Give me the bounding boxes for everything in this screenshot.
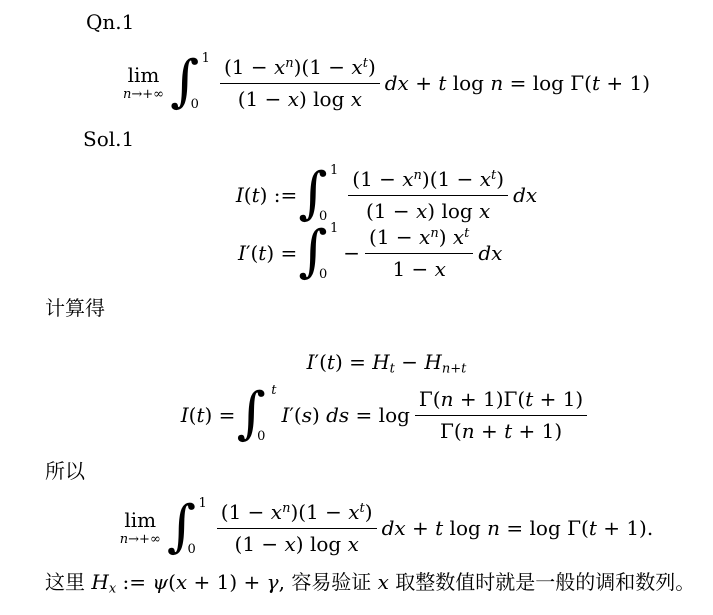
integral: ∫10: [298, 166, 340, 224]
denominator: (1 − x) log x: [220, 84, 380, 112]
math-term: :=: [116, 570, 152, 594]
math-term: t: [504, 419, 512, 443]
math-term: ′(: [289, 403, 301, 427]
superscript-n: n: [285, 55, 293, 70]
math-term: ds: [326, 403, 349, 427]
integral: ∫10: [170, 54, 212, 112]
math-term: x: [416, 199, 427, 223]
integral-upper-bound: 1: [330, 222, 338, 235]
equation-middle: I′(s) ds = log: [281, 403, 409, 428]
math-term: +: [475, 419, 504, 443]
math-term: n: [490, 71, 503, 95]
lim-subscript: n→+∞: [120, 533, 161, 546]
math-term: dx: [478, 241, 502, 265]
note-text: 容易验证: [291, 570, 377, 594]
math-term: + 1): [600, 71, 650, 95]
math-term: +: [406, 516, 435, 540]
denominator: (1 − x) log x: [348, 196, 508, 224]
harmonic-note: 这里 Hx := ψ(x + 1) + γ, 容易验证 x 取整数值时就是一般的…: [45, 568, 695, 596]
math-term: ) =: [266, 241, 297, 266]
math-term: (: [168, 570, 176, 594]
question-label: Qn.1: [86, 9, 134, 35]
math-term: (1 −: [235, 532, 285, 556]
integral: ∫10: [298, 224, 340, 282]
math-term: t: [196, 403, 204, 427]
math-term: ,: [279, 570, 292, 594]
derivative-rhs: ∫10 − (1 − xn) xt 1 − x dx: [297, 224, 537, 282]
math-term: x: [351, 87, 362, 111]
integral-upper-bound: t: [271, 384, 276, 397]
psi-symbol: ψ: [152, 570, 168, 594]
math-term: x: [378, 570, 389, 594]
note-text: 这里: [45, 570, 91, 594]
math-term: dx: [513, 183, 537, 207]
math-term: x: [176, 570, 187, 594]
math-term: t: [258, 241, 266, 266]
math-term: x: [435, 257, 446, 281]
denominator: (1 − x) log x: [217, 529, 377, 557]
math-term: = log: [349, 403, 410, 427]
definition-rhs: ∫10 (1 − xn)(1 − xt) (1 − x) log x dx: [297, 166, 537, 224]
math-term: t: [327, 350, 335, 374]
math-term: = log Γ(: [503, 71, 592, 95]
lim-text: lim: [124, 510, 156, 530]
math-term: t: [592, 71, 600, 95]
math-term: t: [435, 516, 443, 540]
fraction: (1 − xn)(1 − xt) (1 − x) log x: [217, 500, 377, 557]
equation-lhs: I(t) =: [181, 403, 236, 428]
equation-harmonic: I′(t) = Ht − Hn+t: [60, 350, 713, 375]
integral-upper-bound: 1: [330, 164, 338, 177]
math-term: +: [409, 71, 438, 95]
math-term: )(1 −: [422, 167, 480, 191]
math-term: t: [589, 516, 597, 540]
equation-problem: limn→+∞ ∫10 (1 − xn)(1 − xt) (1 − x) log…: [60, 54, 713, 112]
superscript-t: t: [464, 225, 469, 240]
denominator: 1 − x: [365, 254, 473, 282]
math-term: + 1): [533, 387, 583, 411]
math-term: ) log: [299, 87, 351, 111]
numerator: (1 − xn) xt: [365, 225, 473, 254]
math-term: s: [302, 403, 312, 427]
compute-text: 计算得: [45, 294, 105, 322]
math-term: 1 −: [392, 257, 434, 281]
math-term: ) :=: [260, 183, 298, 208]
math-term: ): [368, 55, 376, 79]
math-term: dx: [385, 71, 409, 95]
math-term: (1 −: [366, 199, 416, 223]
math-term: x: [285, 532, 296, 556]
fraction: (1 − xn) xt 1 − x: [365, 225, 473, 282]
math-term: x: [288, 87, 299, 111]
math-term: ) =: [335, 350, 372, 374]
superscript-n: n: [414, 167, 422, 182]
solution-label: Sol.1: [83, 126, 134, 152]
math-term: log: [446, 71, 490, 95]
math-term: ) log: [427, 199, 479, 223]
math-term: t: [252, 183, 260, 208]
math-term: = log Γ(: [500, 516, 589, 540]
math-term: + 1) +: [187, 570, 266, 594]
math-term: I: [181, 403, 189, 427]
math-term: x: [348, 532, 359, 556]
integral-upper-bound: 1: [199, 497, 207, 510]
math-term: n: [487, 516, 500, 540]
numerator: (1 − xn)(1 − xt): [220, 55, 380, 84]
equation-conclusion: limn→+∞ ∫10 (1 − xn)(1 − xt) (1 − x) log…: [60, 499, 713, 557]
math-term: I: [238, 241, 246, 266]
limit-operator: limn→+∞: [120, 510, 161, 546]
math-term: x: [453, 225, 464, 249]
note-text: 取整数值时就是一般的调和数列。: [389, 570, 695, 594]
math-term: + 1)Γ(: [454, 387, 526, 411]
math-term: ′(: [246, 241, 258, 266]
numerator: (1 − xn)(1 − xt): [348, 167, 508, 196]
math-term: x: [351, 55, 362, 79]
derivative-lhs: I′(t) =: [236, 224, 297, 282]
period: .: [647, 516, 653, 540]
math-term: H: [91, 570, 108, 594]
integral-lower-bound: 0: [257, 430, 265, 443]
equation-tail: dx + t log n = log Γ(t + 1).: [382, 516, 654, 541]
math-term: ) =: [205, 403, 236, 427]
integral-lower-bound: 0: [188, 543, 196, 556]
fraction: Γ(n + 1)Γ(t + 1) Γ(n + t + 1): [415, 387, 587, 444]
integral: ∫10: [167, 499, 209, 557]
math-term: dx: [382, 516, 406, 540]
equation-tail: dx: [513, 183, 537, 208]
math-term: ) log: [296, 532, 348, 556]
math-term: )(1 −: [294, 55, 352, 79]
math-term: →+∞: [128, 532, 161, 547]
math-term: log: [443, 516, 487, 540]
lim-subscript: n→+∞: [123, 88, 164, 101]
math-term: (1 −: [221, 500, 271, 524]
math-term: ): [496, 167, 504, 191]
math-term: (: [244, 183, 252, 208]
math-term: Γ(: [419, 387, 441, 411]
math-term: I: [307, 350, 315, 374]
math-term: ): [365, 500, 373, 524]
math-term: ): [312, 403, 326, 427]
equation-group-definitions: I(t) := ∫10 (1 − xn)(1 − xt) (1 − x) log…: [60, 166, 713, 282]
math-term: n: [462, 419, 475, 443]
math-term: x: [402, 167, 413, 191]
math-term: ′(: [315, 350, 327, 374]
math-term: x: [480, 167, 491, 191]
numerator: Γ(n + 1)Γ(t + 1): [415, 387, 587, 416]
equation-body: I′(t) = Ht − Hn+t: [307, 350, 467, 375]
integral: ∫t0: [236, 386, 278, 444]
superscript-n: n: [430, 225, 438, 240]
math-term: ): [439, 225, 453, 249]
math-term: + 1): [512, 419, 562, 443]
math-term: )(1 −: [290, 500, 348, 524]
lim-text: lim: [128, 65, 160, 85]
numerator: (1 − xn)(1 − xt): [217, 500, 377, 529]
math-term: x: [271, 500, 282, 524]
math-term: x: [479, 199, 490, 223]
math-term: →+∞: [131, 87, 164, 102]
integral-upper-bound: 1: [202, 52, 210, 65]
math-term: H: [372, 350, 389, 374]
math-term: (1 −: [369, 225, 419, 249]
fraction: (1 − xn)(1 − xt) (1 − x) log x: [348, 167, 508, 224]
integral-lower-bound: 0: [319, 268, 327, 281]
equation-tail: dx: [478, 241, 502, 266]
fraction: (1 − xn)(1 − xt) (1 − x) log x: [220, 55, 380, 112]
math-term: x: [274, 55, 285, 79]
math-term: (1 −: [352, 167, 402, 191]
equation-gamma-evaluation: I(t) = ∫t0 I′(s) ds = log Γ(n + 1)Γ(t + …: [60, 386, 713, 444]
integral-lower-bound: 0: [191, 98, 199, 111]
math-term: H: [424, 350, 441, 374]
aligned-equations: I(t) := ∫10 (1 − xn)(1 − xt) (1 − x) log…: [236, 166, 537, 282]
math-term: Γ(: [440, 419, 462, 443]
math-term: I: [236, 183, 244, 208]
therefore-text: 所以: [45, 457, 85, 485]
denominator: Γ(n + t + 1): [415, 416, 587, 444]
gamma-symbol: γ: [267, 570, 279, 594]
math-term: x: [348, 500, 359, 524]
math-document-page: Qn.1 limn→+∞ ∫10 (1 − xn)(1 − xt) (1 − x…: [0, 0, 713, 615]
definition-lhs: I(t) :=: [236, 166, 297, 224]
math-term: n: [441, 387, 454, 411]
minus-sign: −: [343, 241, 360, 266]
limit-operator: limn→+∞: [123, 65, 164, 101]
math-term: (1 −: [238, 87, 288, 111]
math-term: x: [419, 225, 430, 249]
math-term: + 1): [597, 516, 647, 540]
math-term: n: [120, 532, 128, 547]
subscript-n-plus-t: n+t: [442, 361, 467, 376]
math-term: (1 −: [224, 55, 274, 79]
math-term: −: [395, 350, 424, 374]
equation-tail: dx + t log n = log Γ(t + 1): [385, 71, 650, 96]
